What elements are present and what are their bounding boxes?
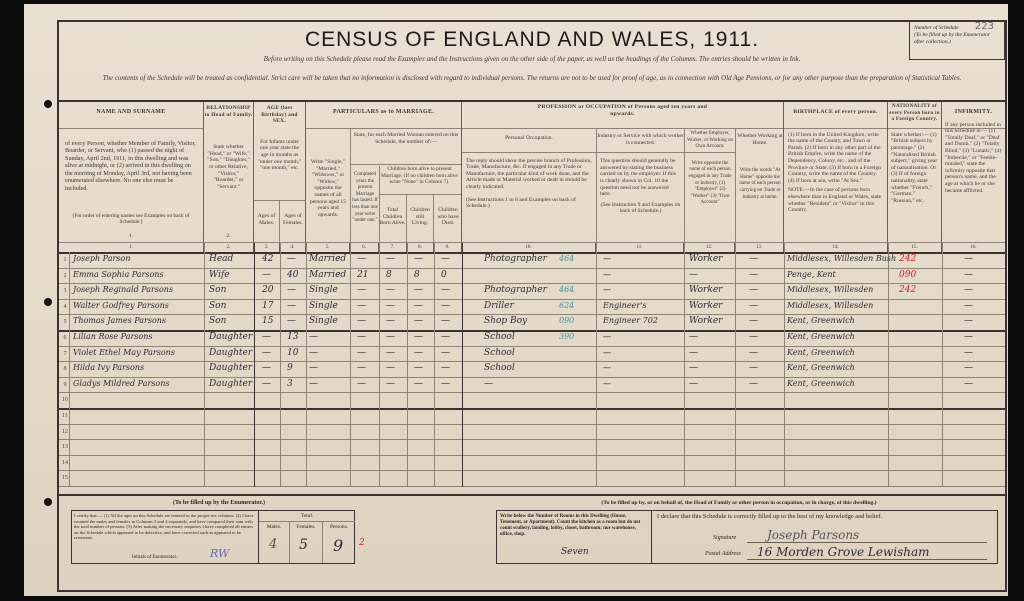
age-female-cell: 10 bbox=[287, 348, 298, 358]
birthplace-cell: Kent, Greenwich bbox=[787, 316, 855, 325]
years-married-cell: — bbox=[357, 301, 366, 311]
females-label: Females. bbox=[290, 524, 322, 530]
col-employer: Whether Employer, Worker, or Working on … bbox=[685, 129, 736, 242]
col-profession-title: PROFESSION or OCCUPATION of Persons aged… bbox=[462, 102, 783, 117]
industry-cell: — bbox=[603, 363, 611, 372]
column-number: 13. bbox=[735, 243, 784, 252]
age-male-cell: — bbox=[262, 363, 271, 373]
col-marriage-title: PARTICULARS as to MARRIAGE. bbox=[306, 102, 461, 116]
name-cell: Joseph Parson bbox=[73, 254, 130, 263]
column-number: 15. bbox=[888, 243, 942, 252]
enumerator-box: I certify that:— (1) All the ages on thi… bbox=[71, 510, 355, 564]
column-number: 9. bbox=[434, 243, 462, 252]
birthplace-code: 242 bbox=[899, 254, 916, 264]
occupation-cell: Photographer bbox=[484, 285, 547, 295]
children-living-cell: — bbox=[414, 285, 423, 295]
children-living-cell: — bbox=[414, 254, 423, 264]
col-nationality-title: NATIONALITY of every Person born in a Fo… bbox=[888, 102, 941, 124]
row-number: 9 bbox=[61, 382, 69, 388]
census-form: CENSUS OF ENGLAND AND WALES, 1911. Numbe… bbox=[57, 20, 1007, 592]
children-total-cell: — bbox=[386, 379, 395, 389]
children-total-cell: — bbox=[386, 332, 395, 342]
birthplace-code: 090 bbox=[899, 270, 916, 280]
enumerator-certify: I certify that:— (1) All the ages on thi… bbox=[74, 513, 254, 541]
totals-box: Total. Males. Females. Persons. 4 5 9 bbox=[258, 511, 355, 563]
col-name-note: (For order of entering names see Example… bbox=[63, 213, 199, 226]
industry-cell: — bbox=[603, 254, 611, 263]
col-age-males-label: Ages of Males. bbox=[254, 201, 279, 226]
col-personal-occupation-note: (See Instructions 1 to 8 and Examples on… bbox=[462, 191, 596, 210]
children-died-cell: — bbox=[441, 285, 450, 295]
age-female-cell: 3 bbox=[287, 379, 293, 389]
birthplace-cell: Kent, Greenwich bbox=[787, 363, 855, 372]
infirmity-cell: — bbox=[964, 348, 973, 358]
relationship-cell: Daughter bbox=[209, 363, 252, 373]
employment-status-cell: Worker bbox=[689, 316, 722, 326]
column-number: 12. bbox=[684, 243, 735, 252]
col-home-desc: Write the words "At Home" opposite the n… bbox=[736, 146, 784, 201]
col-marriage-children: Children born alive to present Marriage.… bbox=[380, 166, 459, 186]
employment-status-cell: — bbox=[689, 379, 698, 389]
col-children-living-label: Children still Living. bbox=[407, 195, 433, 227]
punch-hole bbox=[44, 498, 52, 506]
form-title: CENSUS OF ENGLAND AND WALES, 1911. bbox=[59, 28, 1005, 52]
total-persons: 9 bbox=[333, 536, 343, 555]
postal-address-value: 16 Morden Grove Lewisham bbox=[757, 545, 930, 559]
name-cell: Gladys Mildred Parsons bbox=[73, 379, 169, 388]
children-living-cell: 8 bbox=[414, 270, 420, 280]
work-at-home-cell: — bbox=[749, 363, 758, 373]
marriage-status-cell: — bbox=[309, 348, 318, 358]
col-children-total: Total Children Born Alive. bbox=[379, 195, 407, 242]
employment-status-cell: — bbox=[689, 363, 698, 373]
schedule-label: Number of Schedule bbox=[914, 25, 959, 31]
col-birthplace-note: NOTE.—In the case of persons born elsewh… bbox=[784, 184, 887, 213]
initials-label: Initials of Enumerator. bbox=[132, 555, 177, 561]
col-employer-desc: Write opposite the name of each person e… bbox=[685, 151, 735, 207]
years-married-cell: — bbox=[357, 379, 366, 389]
age-female-cell: — bbox=[287, 316, 296, 326]
name-cell: Thomas James Parsons bbox=[73, 316, 166, 325]
col-marriage-status-desc: Write "Single," "Married," "Widower," or… bbox=[306, 129, 350, 218]
children-total-cell: — bbox=[386, 285, 395, 295]
age-male-cell: 42 bbox=[262, 254, 273, 264]
schedule-note: (To be filled up by the Enumerator after… bbox=[914, 32, 990, 45]
row-number: 12 bbox=[61, 429, 69, 435]
children-living-cell: — bbox=[414, 316, 423, 326]
instruction-confidential: The contents of the Schedule will be tre… bbox=[59, 74, 1005, 83]
age-female-cell: — bbox=[287, 254, 296, 264]
col-infirmity-title: INFIRMITY. bbox=[942, 102, 1005, 116]
birthplace-cell: Middlesex, Willesden bbox=[787, 301, 873, 310]
col-nationality-header: NATIONALITY of every Person born in a Fo… bbox=[888, 102, 942, 242]
work-at-home-cell: — bbox=[749, 332, 758, 342]
relationship-cell: Daughter bbox=[209, 348, 252, 358]
col-infirmity-header: INFIRMITY. If any person included in thi… bbox=[942, 102, 1005, 242]
children-died-cell: — bbox=[441, 379, 450, 389]
rooms-instruction: Write below the Number of Rooms in this … bbox=[497, 511, 651, 538]
marriage-status-cell: — bbox=[309, 363, 318, 373]
col-birthplace-title: BIRTHPLACE of every person. bbox=[784, 102, 887, 116]
infirmity-cell: — bbox=[964, 270, 973, 280]
persons-label: Persons. bbox=[323, 524, 355, 530]
col-birthplace-header: BIRTHPLACE of every person. (1) If born … bbox=[784, 102, 888, 242]
children-living-cell: — bbox=[414, 348, 423, 358]
occupation-code: 464 bbox=[559, 254, 574, 263]
industry-cell: — bbox=[603, 285, 611, 294]
col-age-header: AGE (last Birthday) and SEX. For Infants… bbox=[254, 102, 306, 242]
column-number: 5. bbox=[306, 243, 350, 252]
birthplace-cell: Middlesex, Willesden Bush bbox=[787, 254, 896, 263]
children-total-cell: — bbox=[386, 254, 395, 264]
employment-status-cell: Worker bbox=[689, 285, 722, 295]
occupation-cell: Photographer bbox=[484, 254, 547, 264]
industry-cell: Engineer 702 bbox=[603, 316, 658, 325]
col-num: 2. bbox=[204, 233, 253, 240]
census-table: NAME AND SURNAME of every Person, whethe… bbox=[59, 100, 1005, 494]
relationship-cell: Head bbox=[209, 254, 233, 264]
col-children-total-label: Total Children Born Alive. bbox=[379, 195, 406, 227]
age-male-cell: 15 bbox=[262, 316, 273, 326]
punch-hole bbox=[44, 100, 52, 108]
industry-cell: — bbox=[603, 332, 611, 341]
years-married-cell: 21 bbox=[357, 270, 368, 280]
occupation-cell: Shop Boy bbox=[484, 316, 527, 326]
column-number: 4. bbox=[280, 243, 306, 252]
footer-section: (To be filled up by the Enumerator.) I c… bbox=[59, 494, 1005, 592]
years-married-cell: — bbox=[357, 316, 366, 326]
row-number: 11 bbox=[61, 413, 69, 419]
col-relationship-title: RELATIONSHIP to Head of Family. bbox=[204, 102, 253, 118]
relationship-cell: Son bbox=[209, 301, 226, 311]
column-number: 10. bbox=[462, 243, 596, 252]
row-number: 6 bbox=[61, 335, 69, 341]
col-birthplace-desc: (1) If born in the United Kingdom, write… bbox=[784, 116, 887, 185]
col-marriage-years-desc: Completed years the present Marriage has… bbox=[351, 166, 379, 225]
children-died-cell: — bbox=[441, 363, 450, 373]
total-label: Total. bbox=[259, 511, 355, 519]
col-industry-desc: This question should generally be answer… bbox=[597, 146, 684, 198]
row-number: 4 bbox=[61, 304, 69, 310]
children-died-cell: 0 bbox=[441, 270, 447, 280]
employment-status-cell: Worker bbox=[689, 254, 722, 264]
work-at-home-cell: — bbox=[749, 316, 758, 326]
occupation-cell: — bbox=[484, 379, 493, 389]
relationship-cell: Son bbox=[209, 285, 226, 295]
occupation-cell: Driller bbox=[484, 301, 514, 311]
col-age-males: Ages of Males. bbox=[254, 200, 280, 242]
signature-value: Joseph Parsons bbox=[767, 528, 859, 542]
children-total-cell: — bbox=[386, 363, 395, 373]
col-marriage-women: State, for each Married Woman entered on… bbox=[351, 132, 461, 145]
total-males: 4 bbox=[269, 537, 277, 552]
occupation-cell: School bbox=[484, 348, 515, 358]
col-children-living: Children still Living. bbox=[407, 195, 434, 242]
age-female-cell: 13 bbox=[287, 332, 298, 342]
name-cell: Walter Godfrey Parsons bbox=[73, 301, 169, 310]
years-married-cell: — bbox=[357, 254, 366, 264]
col-marriage-status: Write "Single," "Married," "Widower," or… bbox=[306, 129, 351, 242]
col-age-females-label: Ages of Females. bbox=[280, 201, 306, 226]
col-personal-occupation-desc: The reply should show the precise branch… bbox=[462, 142, 596, 191]
col-personal-occupation-title: Personal Occupation. bbox=[462, 129, 596, 142]
column-number: 2. bbox=[204, 243, 254, 252]
head-heading: (To be filled up by, or on behalf of, th… bbox=[479, 500, 999, 506]
birthplace-cell: Kent, Greenwich bbox=[787, 348, 855, 357]
col-name-title: NAME AND SURNAME bbox=[59, 102, 203, 116]
col-home: Whether Working at Home. Write the words… bbox=[736, 129, 784, 242]
name-cell: Violet Ethel May Parsons bbox=[73, 348, 175, 357]
occupation-code: 624 bbox=[559, 301, 574, 310]
column-number: 1. bbox=[59, 243, 204, 252]
relationship-cell: Daughter bbox=[209, 332, 252, 342]
row-number: 1 bbox=[61, 257, 69, 263]
col-employer-title: Whether Employer, Worker, or Working on … bbox=[685, 129, 735, 151]
age-female-cell: — bbox=[287, 301, 296, 311]
col-industry-title: Industry or Service with which worker is… bbox=[597, 129, 684, 146]
column-number: 11. bbox=[596, 243, 684, 252]
age-female-cell: 9 bbox=[287, 363, 293, 373]
marriage-status-cell: — bbox=[309, 332, 318, 342]
children-died-cell: — bbox=[441, 254, 450, 264]
age-male-cell: — bbox=[262, 348, 271, 358]
age-male-cell: 17 bbox=[262, 301, 273, 311]
col-marriage-header: PARTICULARS as to MARRIAGE. Write "Singl… bbox=[306, 102, 462, 242]
rooms-box: Write below the Number of Rooms in this … bbox=[497, 511, 652, 563]
infirmity-cell: — bbox=[964, 285, 973, 295]
birthplace-cell: Kent, Greenwich bbox=[787, 379, 855, 388]
marriage-status-cell: — bbox=[309, 379, 318, 389]
col-home-title: Whether Working at Home. bbox=[736, 129, 784, 146]
years-married-cell: — bbox=[357, 348, 366, 358]
red-check-mark: 2 bbox=[359, 538, 365, 548]
occupation-cell: School bbox=[484, 332, 515, 342]
col-personal-occupation: Personal Occupation. The reply should sh… bbox=[462, 129, 597, 242]
column-number: 14. bbox=[784, 243, 888, 252]
employment-status-cell: — bbox=[689, 332, 698, 342]
col-relationship-desc: State whether "Head," or "Wife," "Son," … bbox=[204, 118, 253, 190]
signature-label: Signature bbox=[713, 535, 736, 541]
row-number: 14 bbox=[61, 460, 69, 466]
col-age-title: AGE (last Birthday) and SEX. bbox=[254, 102, 305, 125]
row-number: 10 bbox=[61, 397, 69, 403]
col-name-header: NAME AND SURNAME of every Person, whethe… bbox=[59, 102, 204, 242]
instruction-read: Before writing on this Schedule please r… bbox=[59, 55, 1005, 63]
relationship-cell: Daughter bbox=[209, 379, 252, 389]
name-cell: Joseph Reginald Parsons bbox=[73, 285, 173, 294]
employment-status-cell: — bbox=[689, 270, 698, 280]
age-male-cell: 20 bbox=[262, 285, 273, 295]
schedule-number-box: Number of Schedule (To be filled up by t… bbox=[909, 20, 1005, 60]
industry-cell: Engineer's bbox=[603, 301, 646, 310]
marriage-status-cell: Single bbox=[309, 285, 338, 295]
children-died-cell: — bbox=[441, 316, 450, 326]
row-number: 3 bbox=[61, 288, 69, 294]
col-nationality-desc: State whether:— (1) "British subject by … bbox=[888, 124, 941, 205]
industry-cell: — bbox=[603, 379, 611, 388]
children-died-cell: — bbox=[441, 332, 450, 342]
row-number: 8 bbox=[61, 366, 69, 372]
infirmity-cell: — bbox=[964, 363, 973, 373]
col-profession-header: PROFESSION or OCCUPATION of Persons aged… bbox=[462, 102, 784, 242]
children-total-cell: — bbox=[386, 301, 395, 311]
infirmity-cell: — bbox=[964, 332, 973, 342]
column-number: 8. bbox=[407, 243, 434, 252]
infirmity-cell: — bbox=[964, 301, 973, 311]
years-married-cell: — bbox=[357, 285, 366, 295]
col-relationship-header: RELATIONSHIP to Head of Family. State wh… bbox=[204, 102, 254, 242]
col-marriage-years: Completed years the present Marriage has… bbox=[351, 166, 380, 242]
punch-hole bbox=[44, 298, 52, 306]
schedule-number: 223 bbox=[975, 23, 994, 30]
relationship-cell: Wife bbox=[209, 270, 230, 280]
males-label: Males. bbox=[259, 524, 289, 530]
work-at-home-cell: — bbox=[749, 301, 758, 311]
column-number: 7. bbox=[379, 243, 407, 252]
col-industry-note: (See Instruction 9 and Examples on back … bbox=[597, 198, 684, 215]
declaration-text: I declare that this Schedule is correctl… bbox=[657, 514, 882, 520]
row-number: 15 bbox=[61, 475, 69, 481]
occupation-cell: School bbox=[484, 363, 515, 373]
marriage-status-cell: Single bbox=[309, 316, 338, 326]
total-females: 5 bbox=[299, 537, 308, 553]
occupation-code: 090 bbox=[559, 316, 574, 325]
work-at-home-cell: — bbox=[749, 285, 758, 295]
employment-status-cell: — bbox=[689, 348, 698, 358]
age-male-cell: — bbox=[262, 379, 271, 389]
children-living-cell: — bbox=[414, 332, 423, 342]
children-total-cell: — bbox=[386, 316, 395, 326]
children-total-cell: — bbox=[386, 348, 395, 358]
marriage-status-cell: Single bbox=[309, 301, 338, 311]
birthplace-cell: Middlesex, Willesden bbox=[787, 285, 873, 294]
enumerator-heading: (To be filled up by the Enumerator.) bbox=[69, 500, 369, 506]
col-age-desc: For Infants under one year state the age… bbox=[254, 125, 305, 172]
work-at-home-cell: — bbox=[749, 379, 758, 389]
column-number: 16. bbox=[942, 243, 1005, 252]
children-living-cell: — bbox=[414, 363, 423, 373]
work-at-home-cell: — bbox=[749, 254, 758, 264]
head-box: Write below the Number of Rooms in this … bbox=[496, 510, 998, 564]
age-female-cell: — bbox=[287, 285, 296, 295]
enumerator-initials: RW bbox=[210, 547, 229, 560]
age-female-cell: 40 bbox=[287, 270, 298, 280]
birthplace-code: 242 bbox=[899, 285, 916, 295]
birthplace-cell: Kent, Greenwich bbox=[787, 332, 855, 341]
col-num: 1. bbox=[59, 233, 203, 240]
name-cell: Emma Sophia Parsons bbox=[73, 270, 164, 279]
occupation-code: 464 bbox=[559, 285, 574, 294]
marriage-status-cell: Married bbox=[309, 254, 346, 264]
children-living-cell: — bbox=[414, 301, 423, 311]
years-married-cell: — bbox=[357, 332, 366, 342]
relationship-cell: Son bbox=[209, 316, 226, 326]
employment-status-cell: Worker bbox=[689, 301, 722, 311]
children-total-cell: 8 bbox=[386, 270, 392, 280]
children-living-cell: — bbox=[414, 379, 423, 389]
children-died-cell: — bbox=[441, 348, 450, 358]
children-died-cell: — bbox=[441, 301, 450, 311]
row-number: 5 bbox=[61, 319, 69, 325]
years-married-cell: — bbox=[357, 363, 366, 373]
age-male-cell: — bbox=[262, 270, 271, 280]
col-children-died-label: Children who have Died. bbox=[434, 195, 462, 227]
age-male-cell: — bbox=[262, 332, 271, 342]
infirmity-cell: — bbox=[964, 316, 973, 326]
column-number: 6. bbox=[350, 243, 379, 252]
col-children-died: Children who have Died. bbox=[434, 195, 462, 242]
row-number: 7 bbox=[61, 351, 69, 357]
infirmity-cell: — bbox=[964, 379, 973, 389]
name-cell: Lilian Rose Parsons bbox=[73, 332, 152, 341]
occupation-code: 390 bbox=[559, 332, 574, 341]
industry-cell: — bbox=[603, 348, 611, 357]
postal-address-label: Postal Address bbox=[705, 551, 741, 557]
row-number: 13 bbox=[61, 444, 69, 450]
marriage-status-cell: Married bbox=[309, 270, 346, 280]
birthplace-cell: Penge, Kent bbox=[787, 270, 836, 279]
work-at-home-cell: — bbox=[749, 348, 758, 358]
column-number: 3. bbox=[254, 243, 280, 252]
industry-cell: — bbox=[603, 270, 611, 279]
name-cell: Hilda Ivy Parsons bbox=[73, 363, 144, 372]
infirmity-cell: — bbox=[964, 254, 973, 264]
work-at-home-cell: — bbox=[749, 270, 758, 280]
col-industry: Industry or Service with which worker is… bbox=[597, 129, 685, 242]
row-number: 2 bbox=[61, 273, 69, 279]
col-age-females: Ages of Females. bbox=[280, 200, 306, 242]
rooms-count: Seven bbox=[561, 547, 589, 557]
